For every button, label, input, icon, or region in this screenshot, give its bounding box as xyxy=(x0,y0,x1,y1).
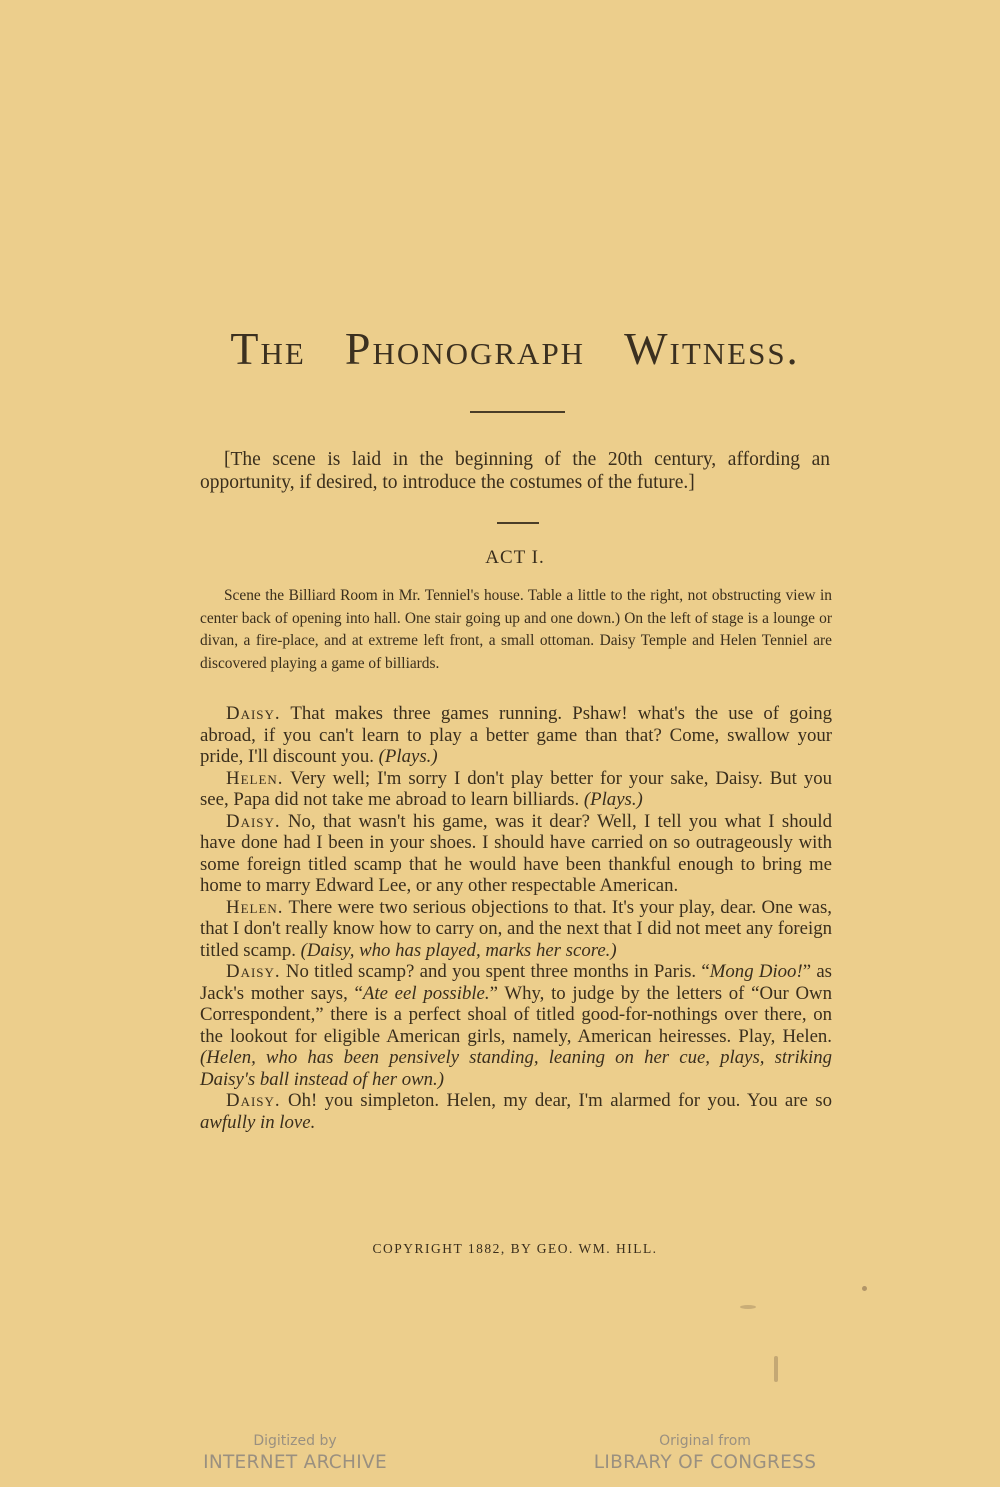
title-word: Phonograph xyxy=(345,325,585,374)
watermark-caption: Digitized by xyxy=(195,1431,395,1451)
act-heading: ACT I. xyxy=(200,547,830,569)
title-cap: T xyxy=(230,323,260,374)
watermark-source: LIBRARY OF CONGRESS xyxy=(585,1451,825,1475)
stage-direction: (Helen, who has been pensively standing,… xyxy=(200,1047,832,1090)
title-divider xyxy=(470,411,565,413)
stage-direction: awfully in love. xyxy=(200,1112,315,1133)
dialog-speech: Daisy. No titled scamp? and you spent th… xyxy=(200,961,832,1090)
speaker-name: Daisy. xyxy=(226,1090,281,1111)
paper-speck xyxy=(740,1305,756,1309)
digitized-by-watermark: Digitized by INTERNET ARCHIVE xyxy=(195,1431,395,1475)
scene-description: Scene the Billiard Room in Mr. Tenniel's… xyxy=(200,585,832,675)
speech-text: Oh! you simpleton. Helen, my dear, I'm a… xyxy=(281,1090,832,1111)
scanned-page: The Phonograph Witness. [The scene is la… xyxy=(0,0,1000,1487)
dialog-block: Daisy. That makes three games running. P… xyxy=(200,703,832,1133)
watermark-caption: Original from xyxy=(585,1431,825,1451)
speech-text: Very well; I'm sorry I don't play better… xyxy=(200,768,832,811)
section-divider xyxy=(497,522,539,524)
speaker-name: Daisy. xyxy=(226,811,281,832)
dialog-speech: Helen. Very well; I'm sorry I don't play… xyxy=(200,768,832,811)
title-cap: W xyxy=(624,323,669,374)
intro-note: [The scene is laid in the beginning of t… xyxy=(200,448,830,494)
speech-text: No titled scamp? and you spent three mon… xyxy=(281,961,710,982)
speaker-name: Daisy. xyxy=(226,961,281,982)
stage-direction: Ate eel possible. xyxy=(363,983,490,1004)
title-word: Witness. xyxy=(624,325,800,374)
title-cap: P xyxy=(345,323,373,374)
paper-speck xyxy=(862,1286,867,1291)
paper-speck xyxy=(774,1356,778,1382)
copyright-line: COPYRIGHT 1882, BY GEO. WM. HILL. xyxy=(200,1241,830,1257)
title-rest: he xyxy=(261,325,306,374)
play-title: The Phonograph Witness. xyxy=(200,322,830,375)
speech-text: That makes three games running. Pshaw! w… xyxy=(200,703,832,767)
speech-text: No, that wasn't his game, was it dear? W… xyxy=(200,811,832,897)
dialog-speech: Helen. There were two serious objections… xyxy=(200,897,832,962)
stage-direction: Mong Dioo! xyxy=(710,961,803,982)
title-word: The xyxy=(230,325,305,374)
speaker-name: Helen. xyxy=(226,897,283,918)
dialog-speech: Daisy. That makes three games running. P… xyxy=(200,703,832,768)
title-rest: honograph xyxy=(372,325,585,374)
dialog-speech: Daisy. Oh! you simpleton. Helen, my dear… xyxy=(200,1090,832,1133)
title-rest: itness. xyxy=(670,325,800,374)
speaker-name: Daisy. xyxy=(226,703,281,724)
stage-direction: (Daisy, who has played, marks her score.… xyxy=(301,940,617,961)
stage-direction: (Plays.) xyxy=(379,746,438,767)
watermark-source: INTERNET ARCHIVE xyxy=(195,1451,395,1475)
speaker-name: Helen. xyxy=(226,768,283,789)
stage-direction: (Plays.) xyxy=(584,789,643,810)
original-from-watermark: Original from LIBRARY OF CONGRESS xyxy=(585,1431,825,1475)
dialog-speech: Daisy. No, that wasn't his game, was it … xyxy=(200,811,832,897)
